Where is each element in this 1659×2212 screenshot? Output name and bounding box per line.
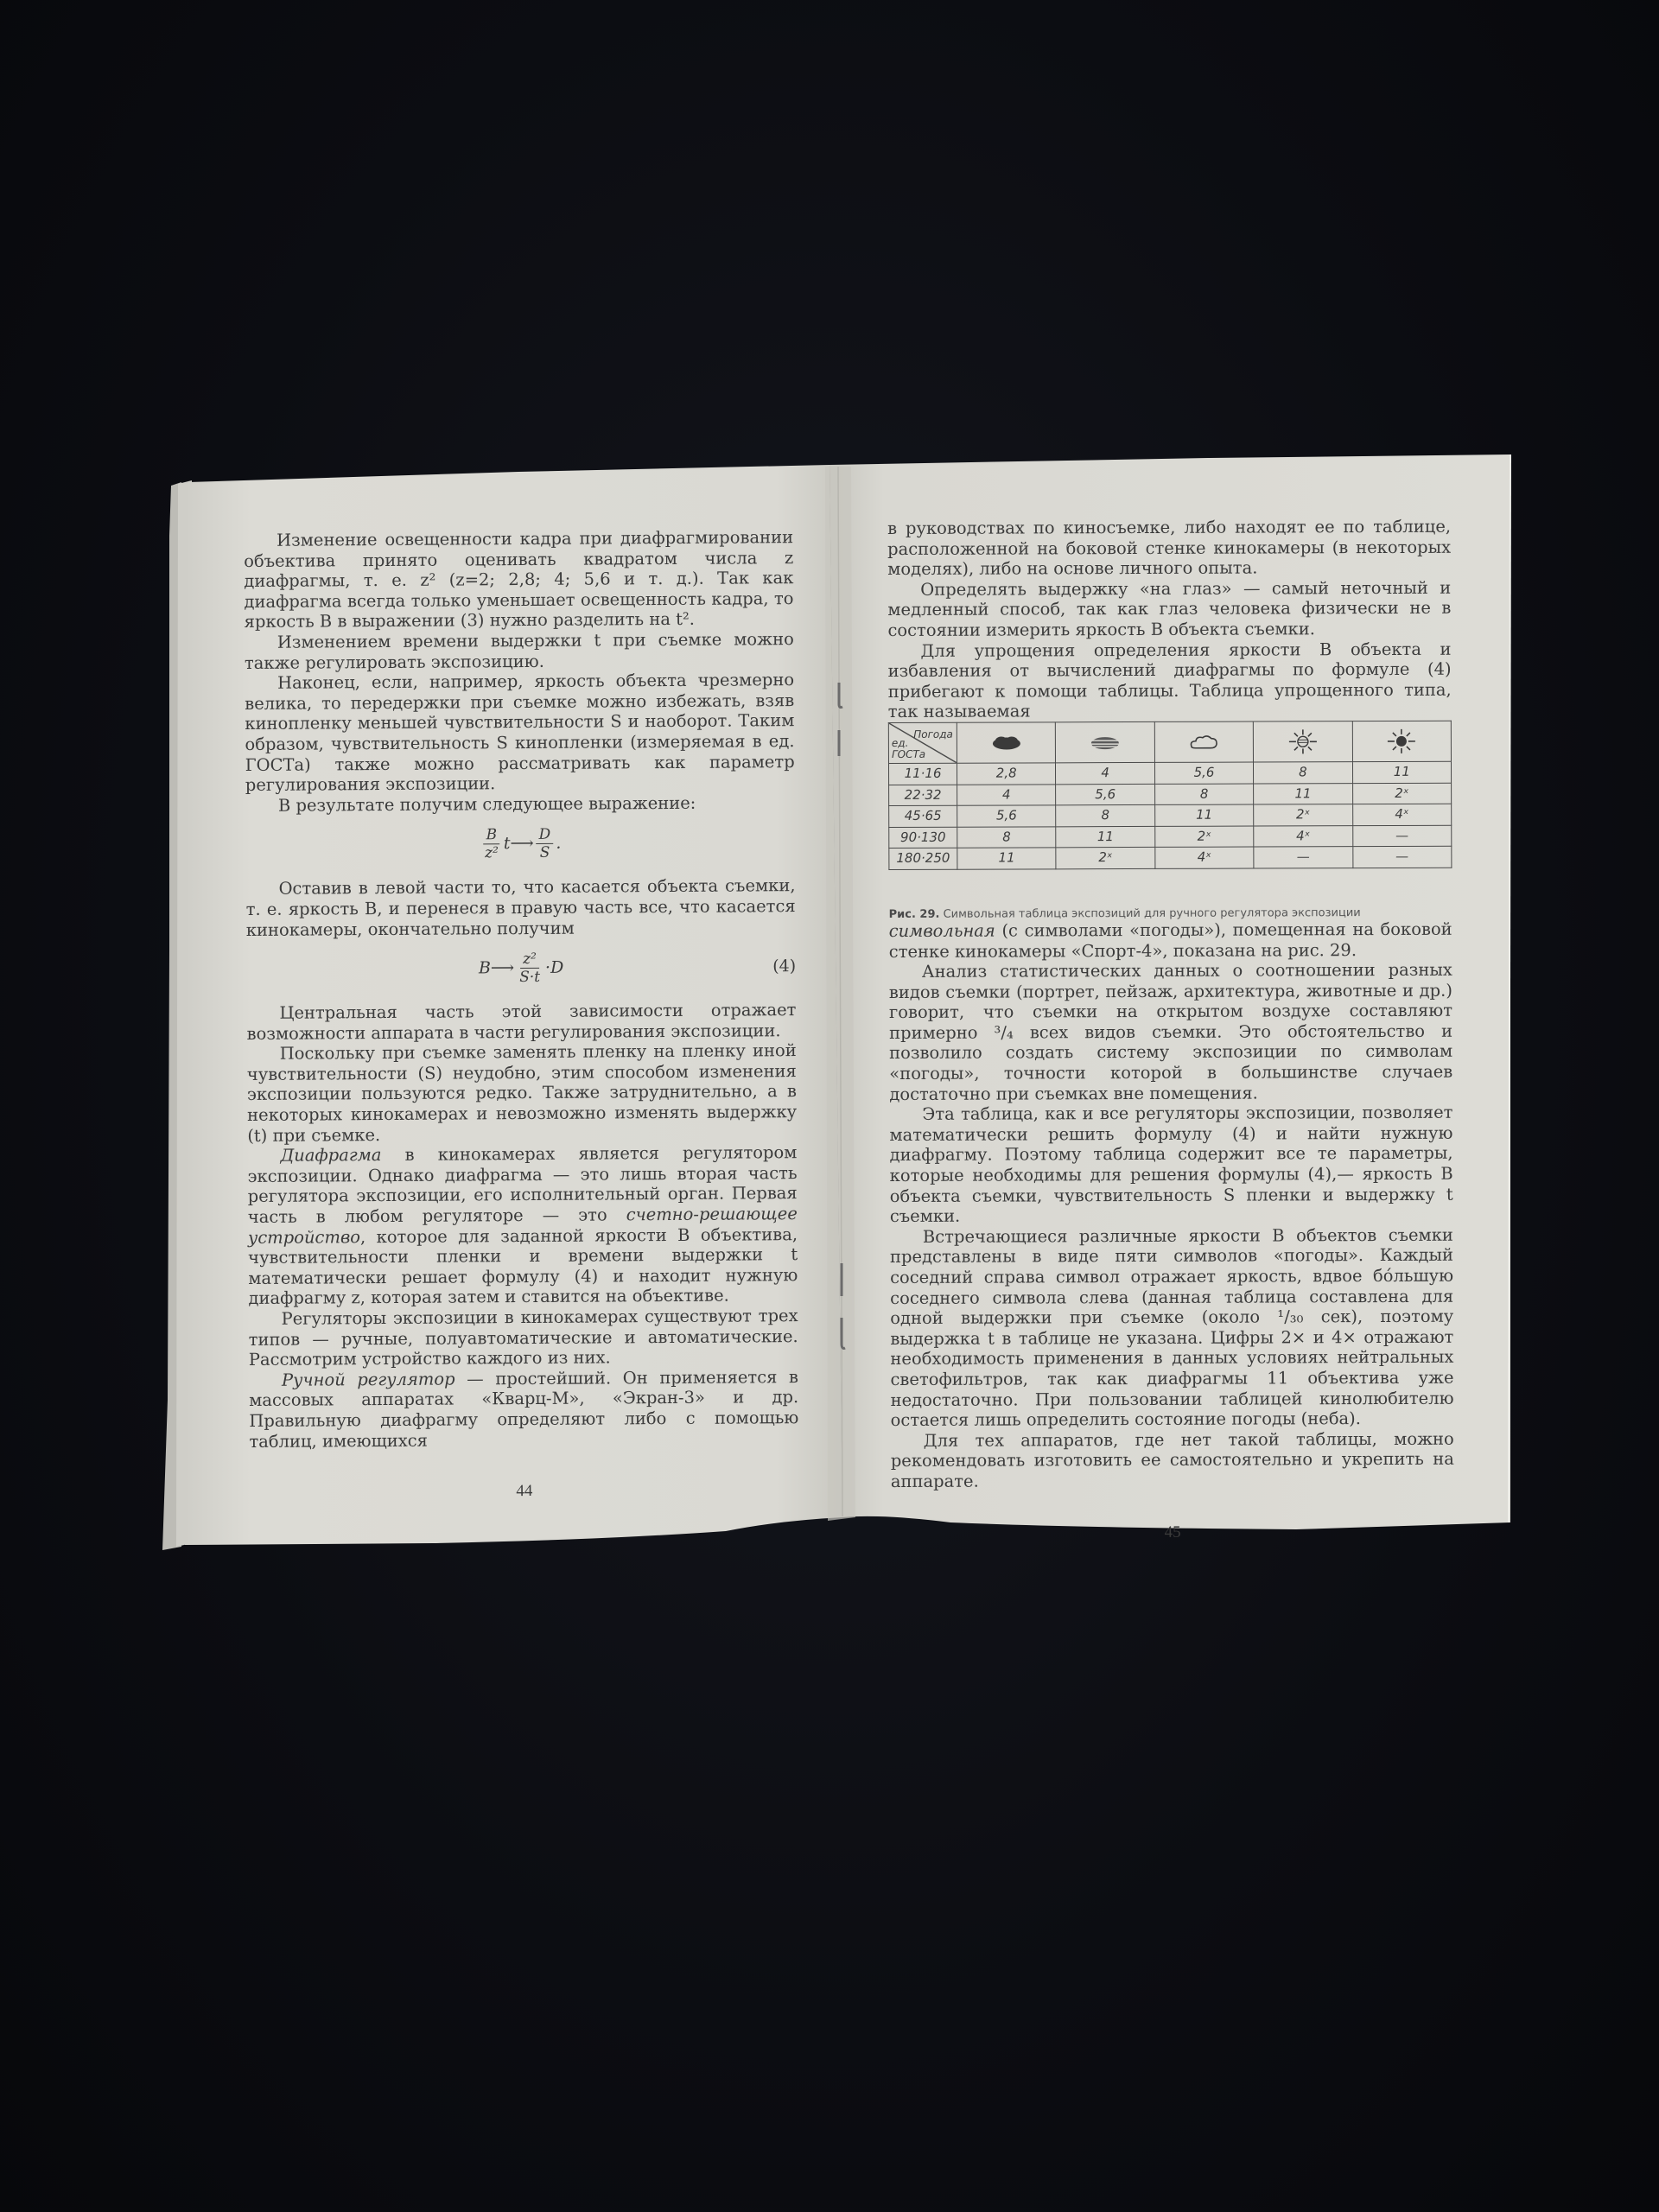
aperture-cell: 2,8 (957, 763, 1055, 785)
aperture-cell: — (1254, 847, 1352, 868)
caption-label: Рис. 29. (889, 908, 940, 921)
aperture-cell: 4ˣ (1155, 847, 1254, 868)
formula-rhs: ·D (545, 958, 563, 979)
dark-cloud-icon (957, 722, 1056, 763)
paragraph: В результате получим следующее выражение… (245, 792, 795, 816)
aperture-cell: 2ˣ (1254, 804, 1352, 826)
light-cloud-icon (1154, 721, 1254, 762)
aperture-cell: — (1352, 825, 1452, 847)
table-row: 11·162,845,6811 (888, 761, 1451, 785)
paragraph-diaphragm: Диафрагма в кинокамерах является регулят… (247, 1142, 798, 1309)
gost-sensitivity-cell: 180·250 (889, 849, 957, 870)
paragraph: Эта таблица, как и все регуляторы экспоз… (889, 1103, 1452, 1227)
aperture-cell: 11 (1154, 804, 1253, 826)
equation-number: (4) (772, 957, 796, 977)
aperture-cell: 4ˣ (1352, 804, 1452, 825)
figure-29 (1173, 703, 1452, 704)
aperture-cell: 8 (1056, 805, 1154, 827)
table-row: 90·1308112ˣ4ˣ— (889, 825, 1452, 849)
italic-term: символьная (889, 920, 995, 940)
gost-sensitivity-cell: 90·130 (889, 827, 957, 849)
table-row: 22·3245,68112ˣ (889, 783, 1452, 806)
aperture-cell: 4ˣ (1254, 825, 1352, 847)
table-corner-header: Погода ед.ГОСТа (888, 722, 957, 763)
hazy-sun-icon (1253, 721, 1352, 762)
paragraph: Наконец, если, например, яркость объекта… (245, 670, 795, 795)
caption-text: Символьная таблица экспозиций для ручног… (939, 906, 1360, 921)
paragraph-manual-regulator: Ручной регулятор — простейший. Он примен… (249, 1367, 799, 1452)
formula-arrow: t⟶ (504, 834, 534, 855)
page-number: 44 (250, 1479, 799, 1503)
formula-lhs: B⟶ (479, 958, 514, 979)
table-body: 11·162,845,681122·3245,68112ˣ45·655,6811… (888, 761, 1451, 869)
formula-period: . (556, 834, 561, 855)
aperture-cell: 5,6 (1154, 762, 1253, 784)
italic-term: Диафрагма (280, 1145, 381, 1166)
paragraph: Регуляторы экспозиции в кинокамерах суще… (249, 1306, 798, 1370)
page-number: 45 (891, 1521, 1454, 1543)
formula-numerator: B (484, 827, 500, 845)
paragraph: Изменением времени выдержки t при съемке… (245, 629, 794, 673)
aperture-cell: 11 (1254, 783, 1352, 804)
paragraph: Для тех аппаратов, где нет такой таблицы… (891, 1428, 1454, 1491)
aperture-cell: 5,6 (957, 805, 1056, 827)
aperture-cell: 11 (1352, 761, 1452, 783)
overcast-cloud-icon (1056, 721, 1155, 762)
paragraph: Поскольку при съемке заменять пленку на … (247, 1040, 798, 1146)
formula-numerator: z² (520, 950, 539, 969)
formula-denominator: S (537, 844, 553, 861)
aperture-cell: 8 (1154, 784, 1253, 805)
open-booklet: Изменение освещенности кадра при диафраг… (0, 0, 1659, 2212)
aperture-cell: 5,6 (1056, 784, 1154, 805)
aperture-cell: 11 (957, 848, 1056, 869)
paragraph: Центральная часть этой зависимости отраж… (246, 1000, 796, 1044)
paragraph: Встречающиеся различные яркости B объект… (890, 1225, 1454, 1431)
paragraph: в руководствах по киносъемке, либо наход… (887, 517, 1451, 580)
gost-sensitivity-cell: 45·65 (889, 805, 957, 827)
exposure-symbol-table: Погода ед.ГОСТа (888, 721, 1452, 870)
table-row: 45·655,68112ˣ4ˣ (889, 804, 1452, 827)
aperture-cell: 2ˣ (1056, 848, 1154, 869)
aperture-cell: 2ˣ (1155, 826, 1254, 848)
paragraph-table-intro: Для упрощения определения яркости B объе… (887, 639, 1451, 722)
paragraph: Определять выдержку «на глаз» — самый не… (887, 578, 1451, 641)
formula-expression: Bz² t⟶ DS . (245, 824, 795, 863)
table-row: 180·250112ˣ4ˣ—— (889, 847, 1452, 870)
aperture-cell: 8 (1254, 762, 1352, 784)
formula-4: B⟶ z²S·t ·D (4) (246, 949, 796, 988)
gost-sensitivity-cell: 22·32 (889, 785, 957, 806)
gost-unit-label: ГОСТа (892, 748, 925, 760)
italic-term: Ручной регулятор (282, 1369, 455, 1389)
aperture-cell: — (1352, 847, 1452, 868)
aperture-cell: 4 (957, 784, 1056, 805)
left-page: Изменение освещенности кадра при диафраг… (244, 527, 799, 1503)
paragraph: Оставив в левой части то, что касается о… (245, 875, 795, 940)
aperture-cell: 8 (957, 827, 1056, 849)
paragraph: Изменение освещенности кадра при диафраг… (244, 527, 794, 632)
paragraph-text: Для упрощения определения яркости B объе… (888, 639, 1452, 721)
aperture-cell: 11 (1056, 826, 1154, 848)
aperture-cell: 2ˣ (1352, 783, 1452, 804)
aperture-cell: 4 (1056, 762, 1154, 784)
right-page: в руководствах по киносъемке, либо наход… (887, 517, 1454, 1543)
formula-denominator: S·t (517, 969, 543, 986)
gost-unit-label: ед. (892, 737, 909, 749)
gost-sensitivity-cell: 11·16 (888, 763, 957, 785)
bright-sun-icon (1352, 721, 1452, 761)
formula-numerator: D (537, 826, 554, 844)
paragraph: Анализ статистических данных о соотношен… (889, 960, 1453, 1104)
formula-denominator: z² (482, 844, 501, 861)
